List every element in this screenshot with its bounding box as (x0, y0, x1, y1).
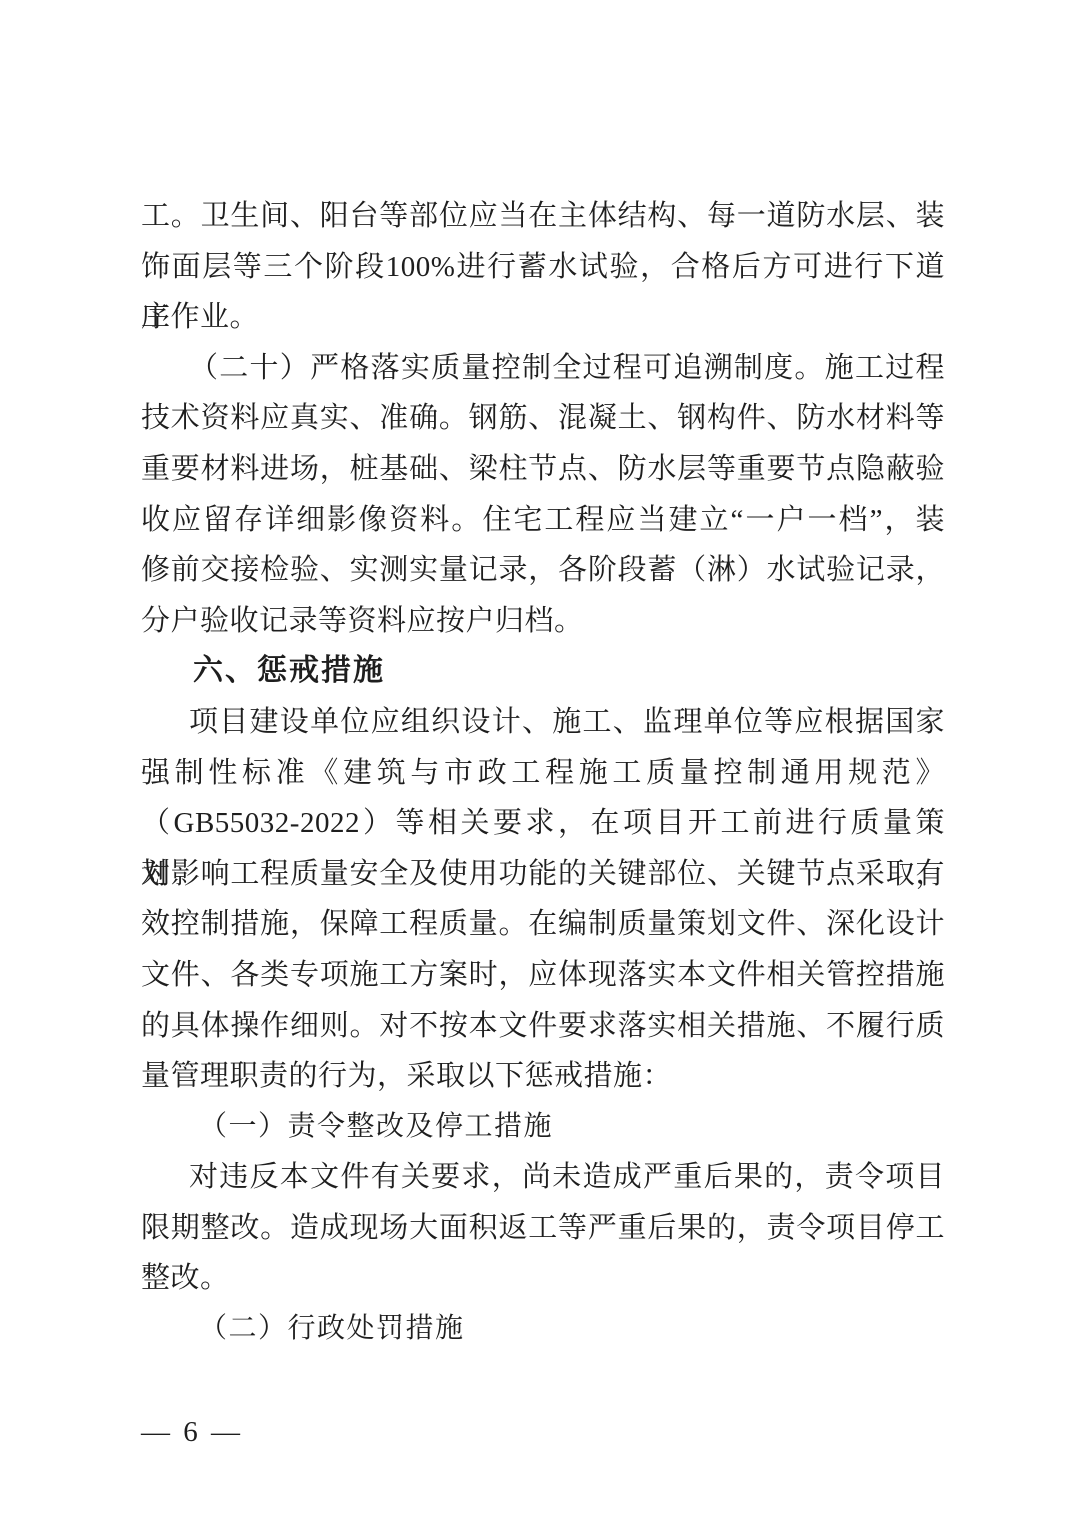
body-line: 工。卫生间、阳台等部位应当在主体结构、每一道防水层、装 (141, 191, 945, 242)
body-line: 强制性标准《建筑与市政工程施工质量控制通用规范》 (141, 748, 945, 799)
body-line: 技术资料应真实、准确。钢筋、混凝土、钢构件、防水材料等 (141, 393, 945, 444)
body-line: 整改。 (141, 1253, 945, 1304)
page-number: — 6 — (141, 1407, 243, 1457)
body-line: 的具体操作细则。对不按本文件要求落实相关措施、不履行质 (141, 1001, 945, 1052)
document-page: 工。卫生间、阳台等部位应当在主体结构、每一道防水层、装 饰面层等三个阶段100%… (0, 0, 1080, 1527)
body-line: 项目建设单位应组织设计、施工、监理单位等应根据国家 (141, 697, 945, 748)
clause-heading-1: （一）责令整改及停工措施 (141, 1102, 945, 1153)
body-line: 分户验收记录等资料应按户归档。 (141, 596, 945, 647)
body-line: 对影响工程质量安全及使用功能的关键部位、关键节点采取有 (141, 849, 945, 900)
body-line: （二十）严格落实质量控制全过程可追溯制度。施工过程 (141, 343, 945, 394)
body-line: 序作业。 (141, 292, 945, 343)
body-line: 文件、各类专项施工方案时，应体现落实本文件相关管控措施 (141, 950, 945, 1001)
body-line: 重要材料进场，桩基础、梁柱节点、防水层等重要节点隐蔽验 (141, 444, 945, 495)
body-line: 限期整改。造成现场大面积返工等严重后果的，责令项目停工 (141, 1203, 945, 1254)
body-line: 修前交接检验、实测实量记录，各阶段蓄（淋）水试验记录， (141, 545, 945, 596)
body-line: 饰面层等三个阶段100%进行蓄水试验，合格后方可进行下道工 (141, 242, 945, 293)
document-body: 工。卫生间、阳台等部位应当在主体结构、每一道防水层、装 饰面层等三个阶段100%… (141, 191, 945, 1355)
body-line: 量管理职责的行为，采取以下惩戒措施： (141, 1051, 945, 1102)
clause-heading-2: （二）行政处罚措施 (141, 1304, 945, 1355)
section-heading: 六、惩戒措施 (141, 646, 945, 697)
body-line: （GB55032-2022）等相关要求，在项目开工前进行质量策划， (141, 798, 945, 849)
body-line: 对违反本文件有关要求，尚未造成严重后果的，责令项目 (141, 1152, 945, 1203)
body-line: 收应留存详细影像资料。住宅工程应当建立“一户一档”，装 (141, 495, 945, 546)
body-line: 效控制措施，保障工程质量。在编制质量策划文件、深化设计 (141, 899, 945, 950)
